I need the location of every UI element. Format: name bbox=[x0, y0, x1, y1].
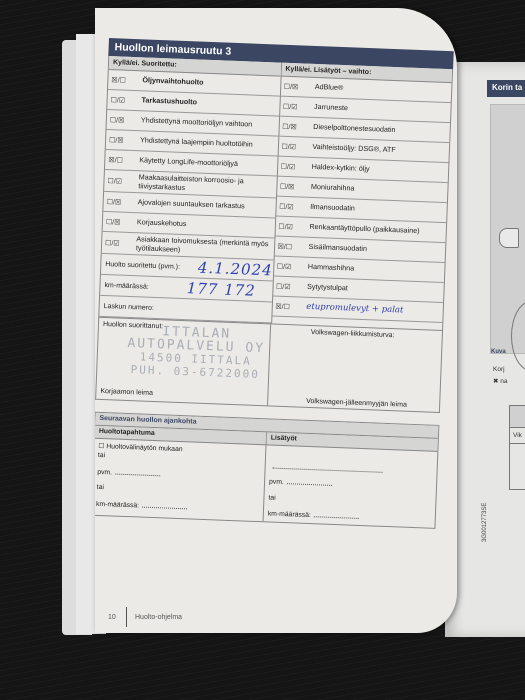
section-title: Huolto-ohjelma bbox=[135, 614, 182, 621]
checklist-item-label: Dieselpolttonestesuodatin bbox=[305, 123, 450, 137]
yes-no-checkbox[interactable]: ☐/☑ bbox=[104, 176, 130, 185]
or-label: tai bbox=[268, 494, 275, 501]
service-date-value[interactable]: 4.1.2024 bbox=[180, 258, 273, 280]
yes-no-checkbox[interactable]: ☐/☒ bbox=[106, 135, 132, 144]
yes-no-checkbox[interactable]: ☒/☐ bbox=[272, 302, 298, 311]
checklist-item-label: etupromulevyt + palat bbox=[298, 302, 443, 317]
yes-no-checkbox[interactable]: ☐/☑ bbox=[274, 262, 300, 271]
document-code: 3G0012773SE bbox=[482, 503, 488, 542]
checklist-item-label: Käytetty LongLife-moottoriöljyä bbox=[131, 156, 277, 170]
yes-no-checkbox[interactable]: ☐/☒ bbox=[279, 122, 305, 131]
checklist-item-label: Tarkastushuolto bbox=[133, 96, 279, 110]
service-date-label: Huolto suoritettu (pvm.): bbox=[101, 260, 180, 270]
performed-column: Kyllä/ei. Suoritettu: ☒/☐Öljynvaihtohuol… bbox=[99, 56, 281, 323]
checklist-item-label: Ilmansuodatin bbox=[302, 203, 447, 217]
or-label: tai bbox=[97, 484, 104, 491]
service-stamp-form: Huollon leimausruutu 3 Kyllä/ei. Suorite… bbox=[95, 38, 454, 529]
checklist-item-label: Maakaasulaitteiston korroosio- ja tiiviy… bbox=[130, 173, 276, 195]
footer-divider bbox=[126, 607, 127, 627]
next-service-event-column: Huoltotapahtuma ☐ Huoltovälinäytön mukaa… bbox=[95, 426, 267, 522]
checklist-item-label: Renkaantäyttöpullo (paikkausaine) bbox=[301, 223, 446, 237]
checklist-item-label: Korjauskehotus bbox=[129, 218, 275, 232]
next-service-section: Seuraavan huollon ajankohta Huoltotapaht… bbox=[95, 412, 439, 529]
yes-no-checkbox[interactable]: ☐/☑ bbox=[273, 282, 299, 291]
workshop-stamp-box: Huollon suorittanut: ITTALAN AUTOPALVELU… bbox=[96, 318, 271, 406]
extra-km-field[interactable]: km-määrässä: bbox=[268, 510, 359, 520]
checklist-item-label: Vaihteistoöljy: DSG®, ATF bbox=[304, 143, 449, 157]
dealer-stamp-box: Volkswagen-liikkumisturva: Volkswagen-jä… bbox=[268, 324, 442, 412]
next-extra-work-column: Lisätyöt pvm. tai km-määrässä: bbox=[264, 432, 438, 527]
yes-no-checkbox[interactable]: ☒/☐ bbox=[274, 242, 300, 251]
checklist-item-label: Hammashihna bbox=[300, 263, 445, 277]
facing-text-line: Korj bbox=[493, 366, 505, 373]
yes-no-checkbox[interactable]: ☐/☑ bbox=[102, 238, 128, 247]
yes-no-checkbox[interactable]: ☒/☐ bbox=[108, 76, 134, 85]
facing-page: Korin ta Kuva Korj ✖ na Vik bbox=[445, 62, 525, 637]
facing-table: Vik bbox=[509, 405, 525, 490]
facing-text-line: ✖ na bbox=[493, 377, 507, 385]
facing-page-header: Korin ta bbox=[487, 80, 525, 97]
checklist-item-label: Sisäilmansuodatin bbox=[300, 243, 445, 257]
yes-no-checkbox[interactable]: ☐/☒ bbox=[104, 197, 130, 206]
extra-work-line[interactable] bbox=[270, 463, 383, 474]
page-footer: 10 Huolto-ohjelma bbox=[108, 607, 182, 627]
figure-caption: Kuva bbox=[491, 349, 506, 355]
checklist-item-label: Jarruneste bbox=[306, 103, 451, 117]
mileage-value[interactable]: 177 172 bbox=[148, 278, 256, 300]
wheel-icon bbox=[511, 301, 525, 371]
yes-no-checkbox[interactable]: ☐/☒ bbox=[103, 217, 129, 226]
checklist-item-label: Yhdistettynä laajempiin huoltotöihin bbox=[132, 136, 278, 150]
checklist-item-label: Öljynvaihtohuolto bbox=[134, 76, 280, 90]
yes-no-checkbox[interactable]: ☐/☑ bbox=[276, 202, 302, 211]
next-km-field[interactable]: km-määrässä: bbox=[96, 501, 187, 511]
yes-no-checkbox[interactable]: ☐/☒ bbox=[107, 115, 133, 124]
checklist-item-label: Ajovalojen suuntauksen tarkastus bbox=[130, 198, 276, 212]
page-number: 10 bbox=[108, 614, 122, 621]
yes-no-checkbox[interactable]: ☐/☑ bbox=[107, 95, 133, 104]
service-interval-checkbox[interactable]: ☐ Huoltovälinäytön mukaan bbox=[98, 442, 183, 453]
workshop-stamp-label: Korjaamon leima bbox=[100, 388, 153, 397]
stamp-area: Huollon suorittanut: ITTALAN AUTOPALVELU… bbox=[95, 318, 443, 413]
service-checklist: Kyllä/ei. Suoritettu: ☒/☐Öljynvaihtohuol… bbox=[98, 56, 453, 331]
checklist-item-label: Haldex-kytkin: öljy bbox=[304, 163, 449, 177]
checklist-item-label: Yhdistettynä moottoriöljyn vaihtoon bbox=[133, 116, 279, 130]
yes-no-checkbox[interactable]: ☐/☑ bbox=[280, 102, 306, 111]
yes-no-checkbox[interactable]: ☐/☒ bbox=[281, 82, 307, 91]
booklet-page: Huollon leimausruutu 3 Kyllä/ei. Suorite… bbox=[95, 8, 457, 633]
extra-date-field[interactable]: pvm. bbox=[269, 478, 332, 487]
yes-no-checkbox[interactable]: ☐/☑ bbox=[278, 162, 304, 171]
mileage-label: km-määrässä: bbox=[100, 281, 149, 290]
checklist-item-label: Moniurahihna bbox=[303, 183, 448, 197]
yes-no-checkbox[interactable]: ☒/☐ bbox=[105, 155, 131, 164]
car-illustration bbox=[490, 104, 525, 354]
invoice-number-label: Laskun numero: bbox=[100, 302, 154, 311]
mobility-guarantee-label: Volkswagen-liikkumisturva: bbox=[311, 329, 395, 339]
checklist-item-label: AdBlue® bbox=[307, 83, 452, 97]
workshop-stamp: ITTALAN AUTOPALVELU OY 14500 IITTALA PUH… bbox=[125, 324, 267, 381]
facing-table-cell: Vik bbox=[510, 428, 525, 444]
extra-work-column: Kyllä/ei. Lisätyöt – vaihto: ☐/☒AdBlue®☐… bbox=[272, 63, 452, 330]
yes-no-checkbox[interactable]: ☐/☒ bbox=[277, 182, 303, 191]
checklist-item-label: Sytytystulpat bbox=[299, 283, 444, 297]
dealer-stamp-label: Volkswagen-jälleenmyyjän leima bbox=[306, 398, 407, 409]
yes-no-checkbox[interactable]: ☐/☑ bbox=[275, 222, 301, 231]
car-icon bbox=[499, 228, 519, 248]
or-label: tai bbox=[98, 452, 105, 459]
next-date-field[interactable]: pvm. bbox=[97, 469, 160, 478]
yes-no-checkbox[interactable]: ☐/☑ bbox=[278, 142, 304, 151]
checklist-item-label: Asiakkaan toivomuksesta (merkintä myös t… bbox=[128, 235, 274, 257]
